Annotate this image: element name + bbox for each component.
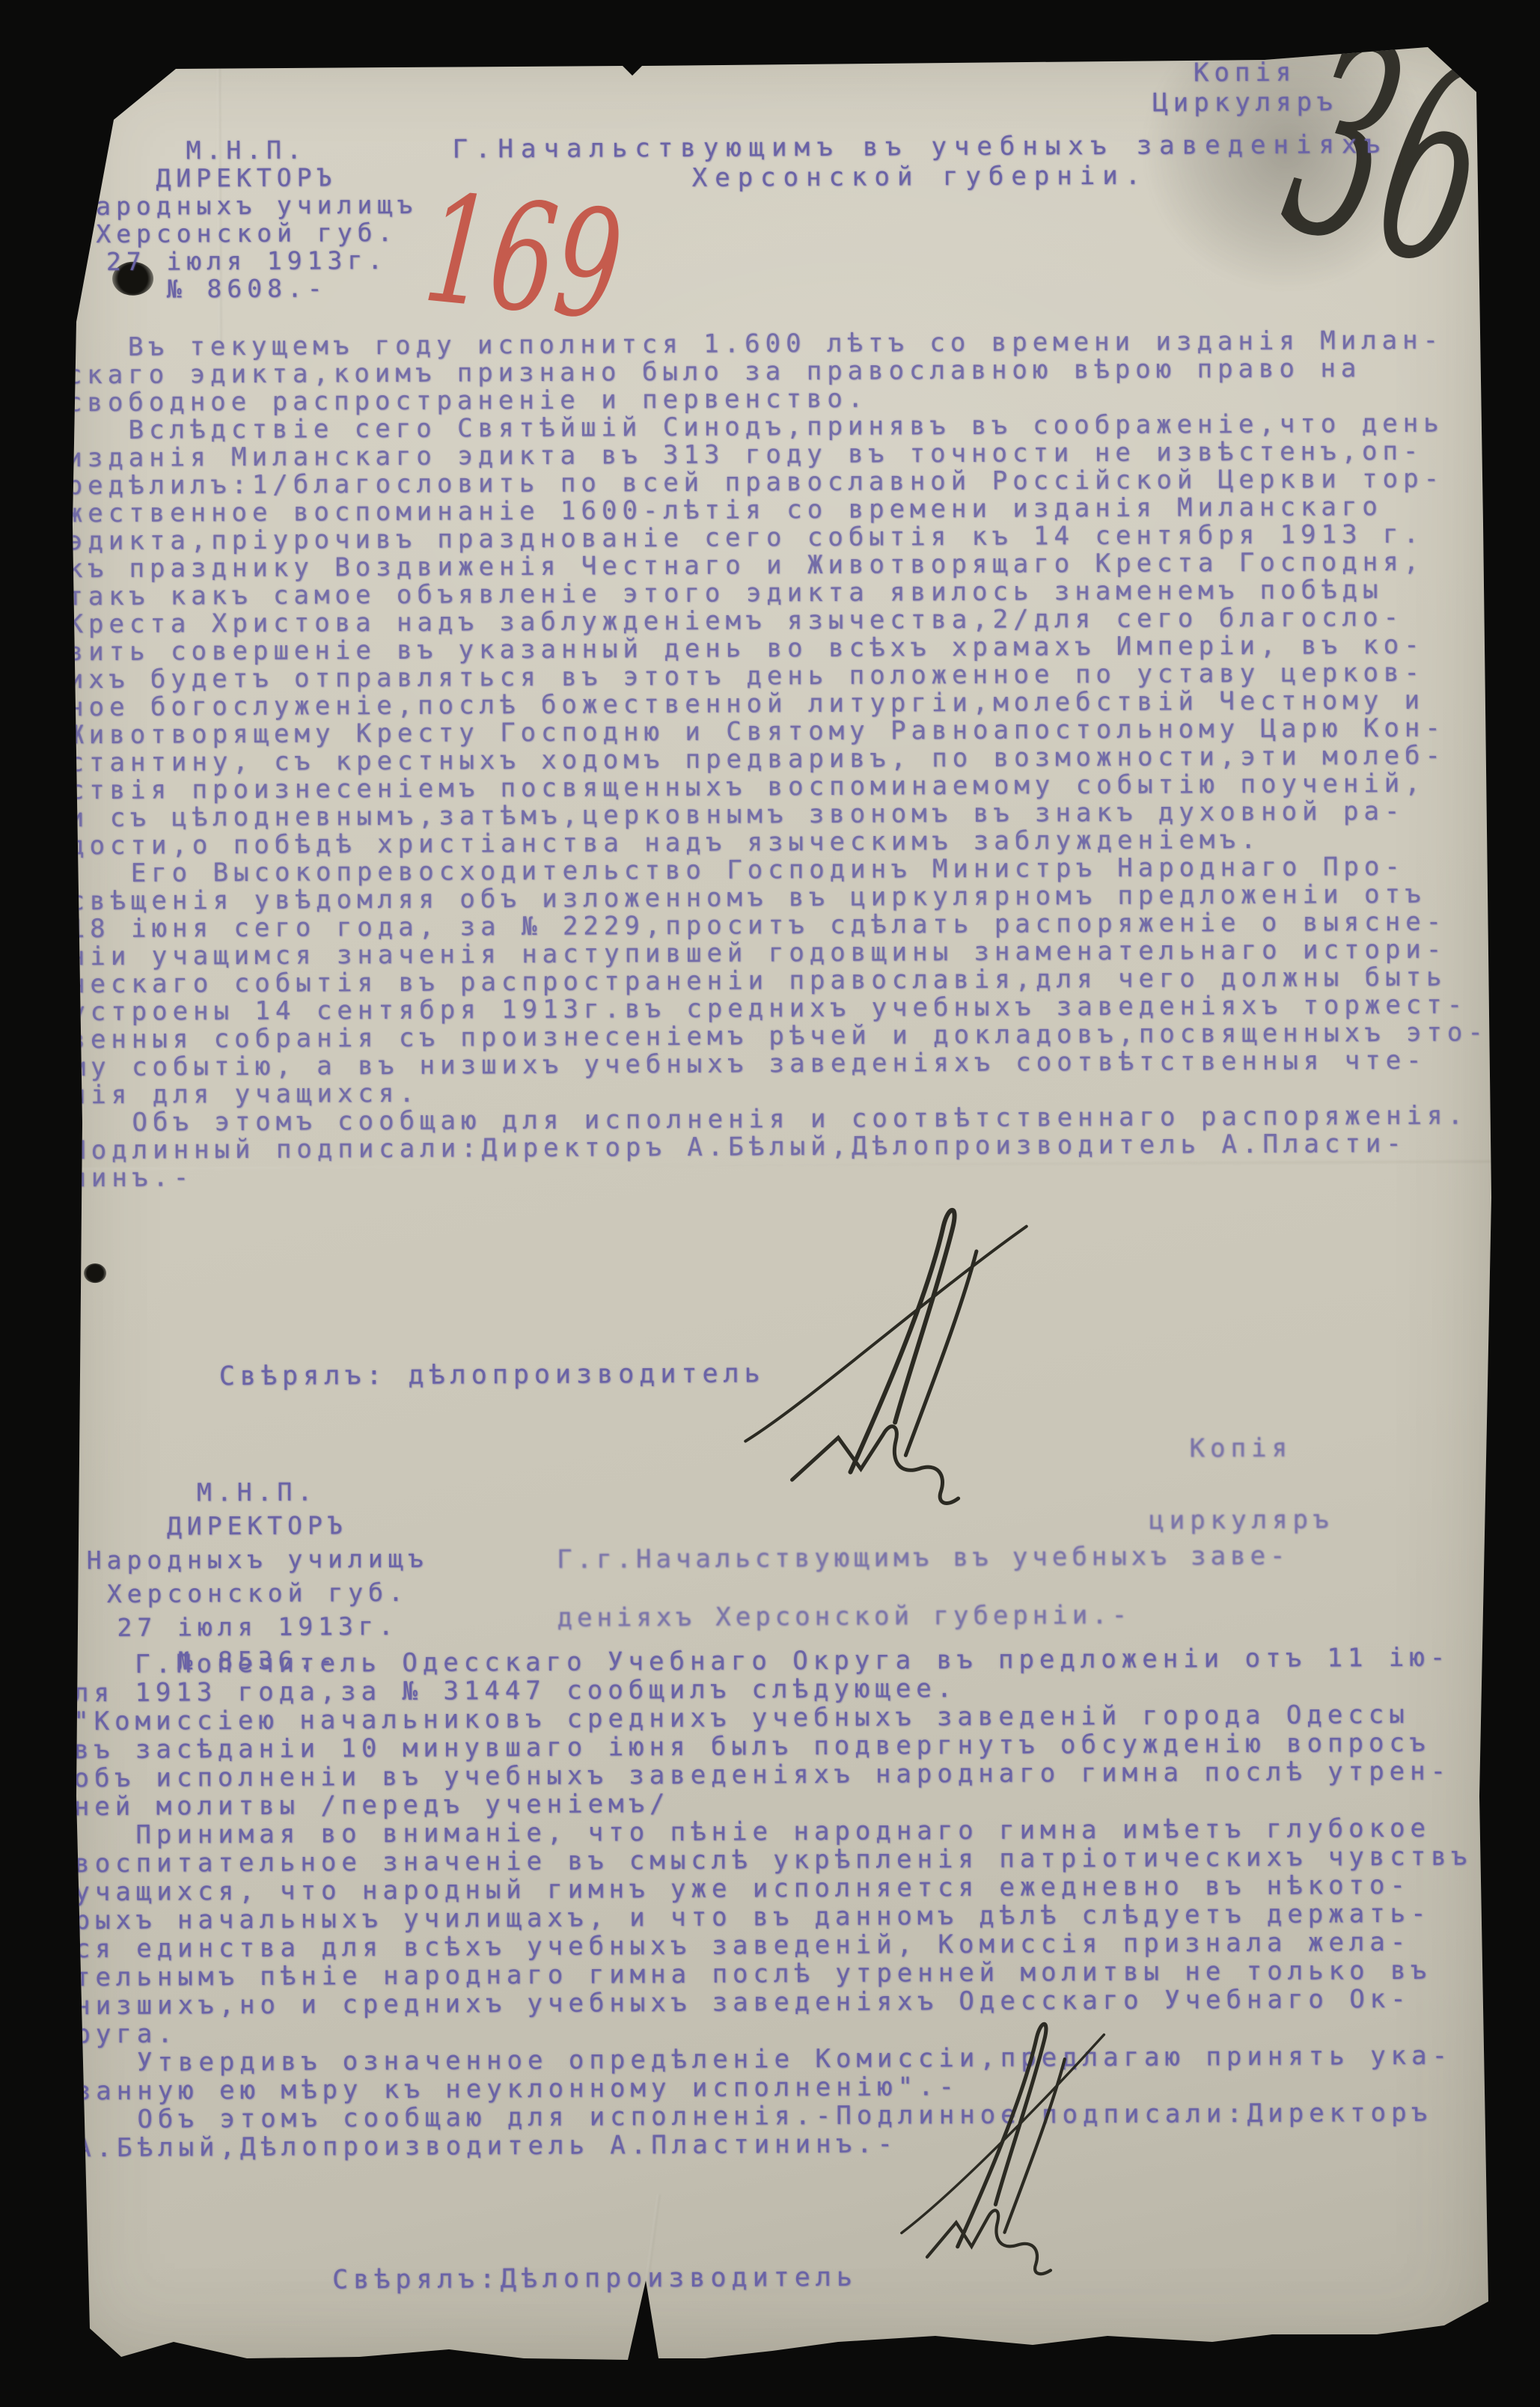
doc1-copy-label: Копія Циркуляръ — [1084, 57, 1406, 118]
doc2-addressee: Г.г.Начальствующимъ въ учебныхъ заве- де… — [557, 1526, 1396, 1647]
doc2-body: Г.Попечитель Одесскаго Учебнаго Округа в… — [73, 1643, 1497, 2163]
document-content: 36 Копія Циркуляръ М.Н.П. ДИРЕКТОРЪ наро… — [60, 41, 1497, 2369]
paper-speck — [84, 1263, 106, 1283]
handwritten-red-number: 169 — [419, 174, 629, 342]
doc1-letterhead: М.Н.П. ДИРЕКТОРЪ народныхъ училищъ Херсо… — [60, 135, 434, 304]
doc1-verify-line: Свѣрялъ: дѣлопроизводитель — [219, 1358, 766, 1391]
doc1-body: Въ текущемъ году исполнится 1.600 лѣтъ с… — [66, 326, 1497, 1193]
doc1-addressee: Г.Начальствующимъ въ учебныхъ заведеніях… — [444, 129, 1395, 195]
signature-ink — [739, 1192, 1039, 1508]
signature-ink — [862, 1974, 1118, 2313]
photo-stage: 36 Копія Циркуляръ М.Н.П. ДИРЕКТОРЪ наро… — [0, 0, 1540, 2407]
document-photo: 36 Копія Циркуляръ М.Н.П. ДИРЕКТОРЪ наро… — [60, 41, 1497, 2369]
doc2-verify-line: Свѣрялъ:Дѣлопроизводитель — [332, 2263, 858, 2295]
